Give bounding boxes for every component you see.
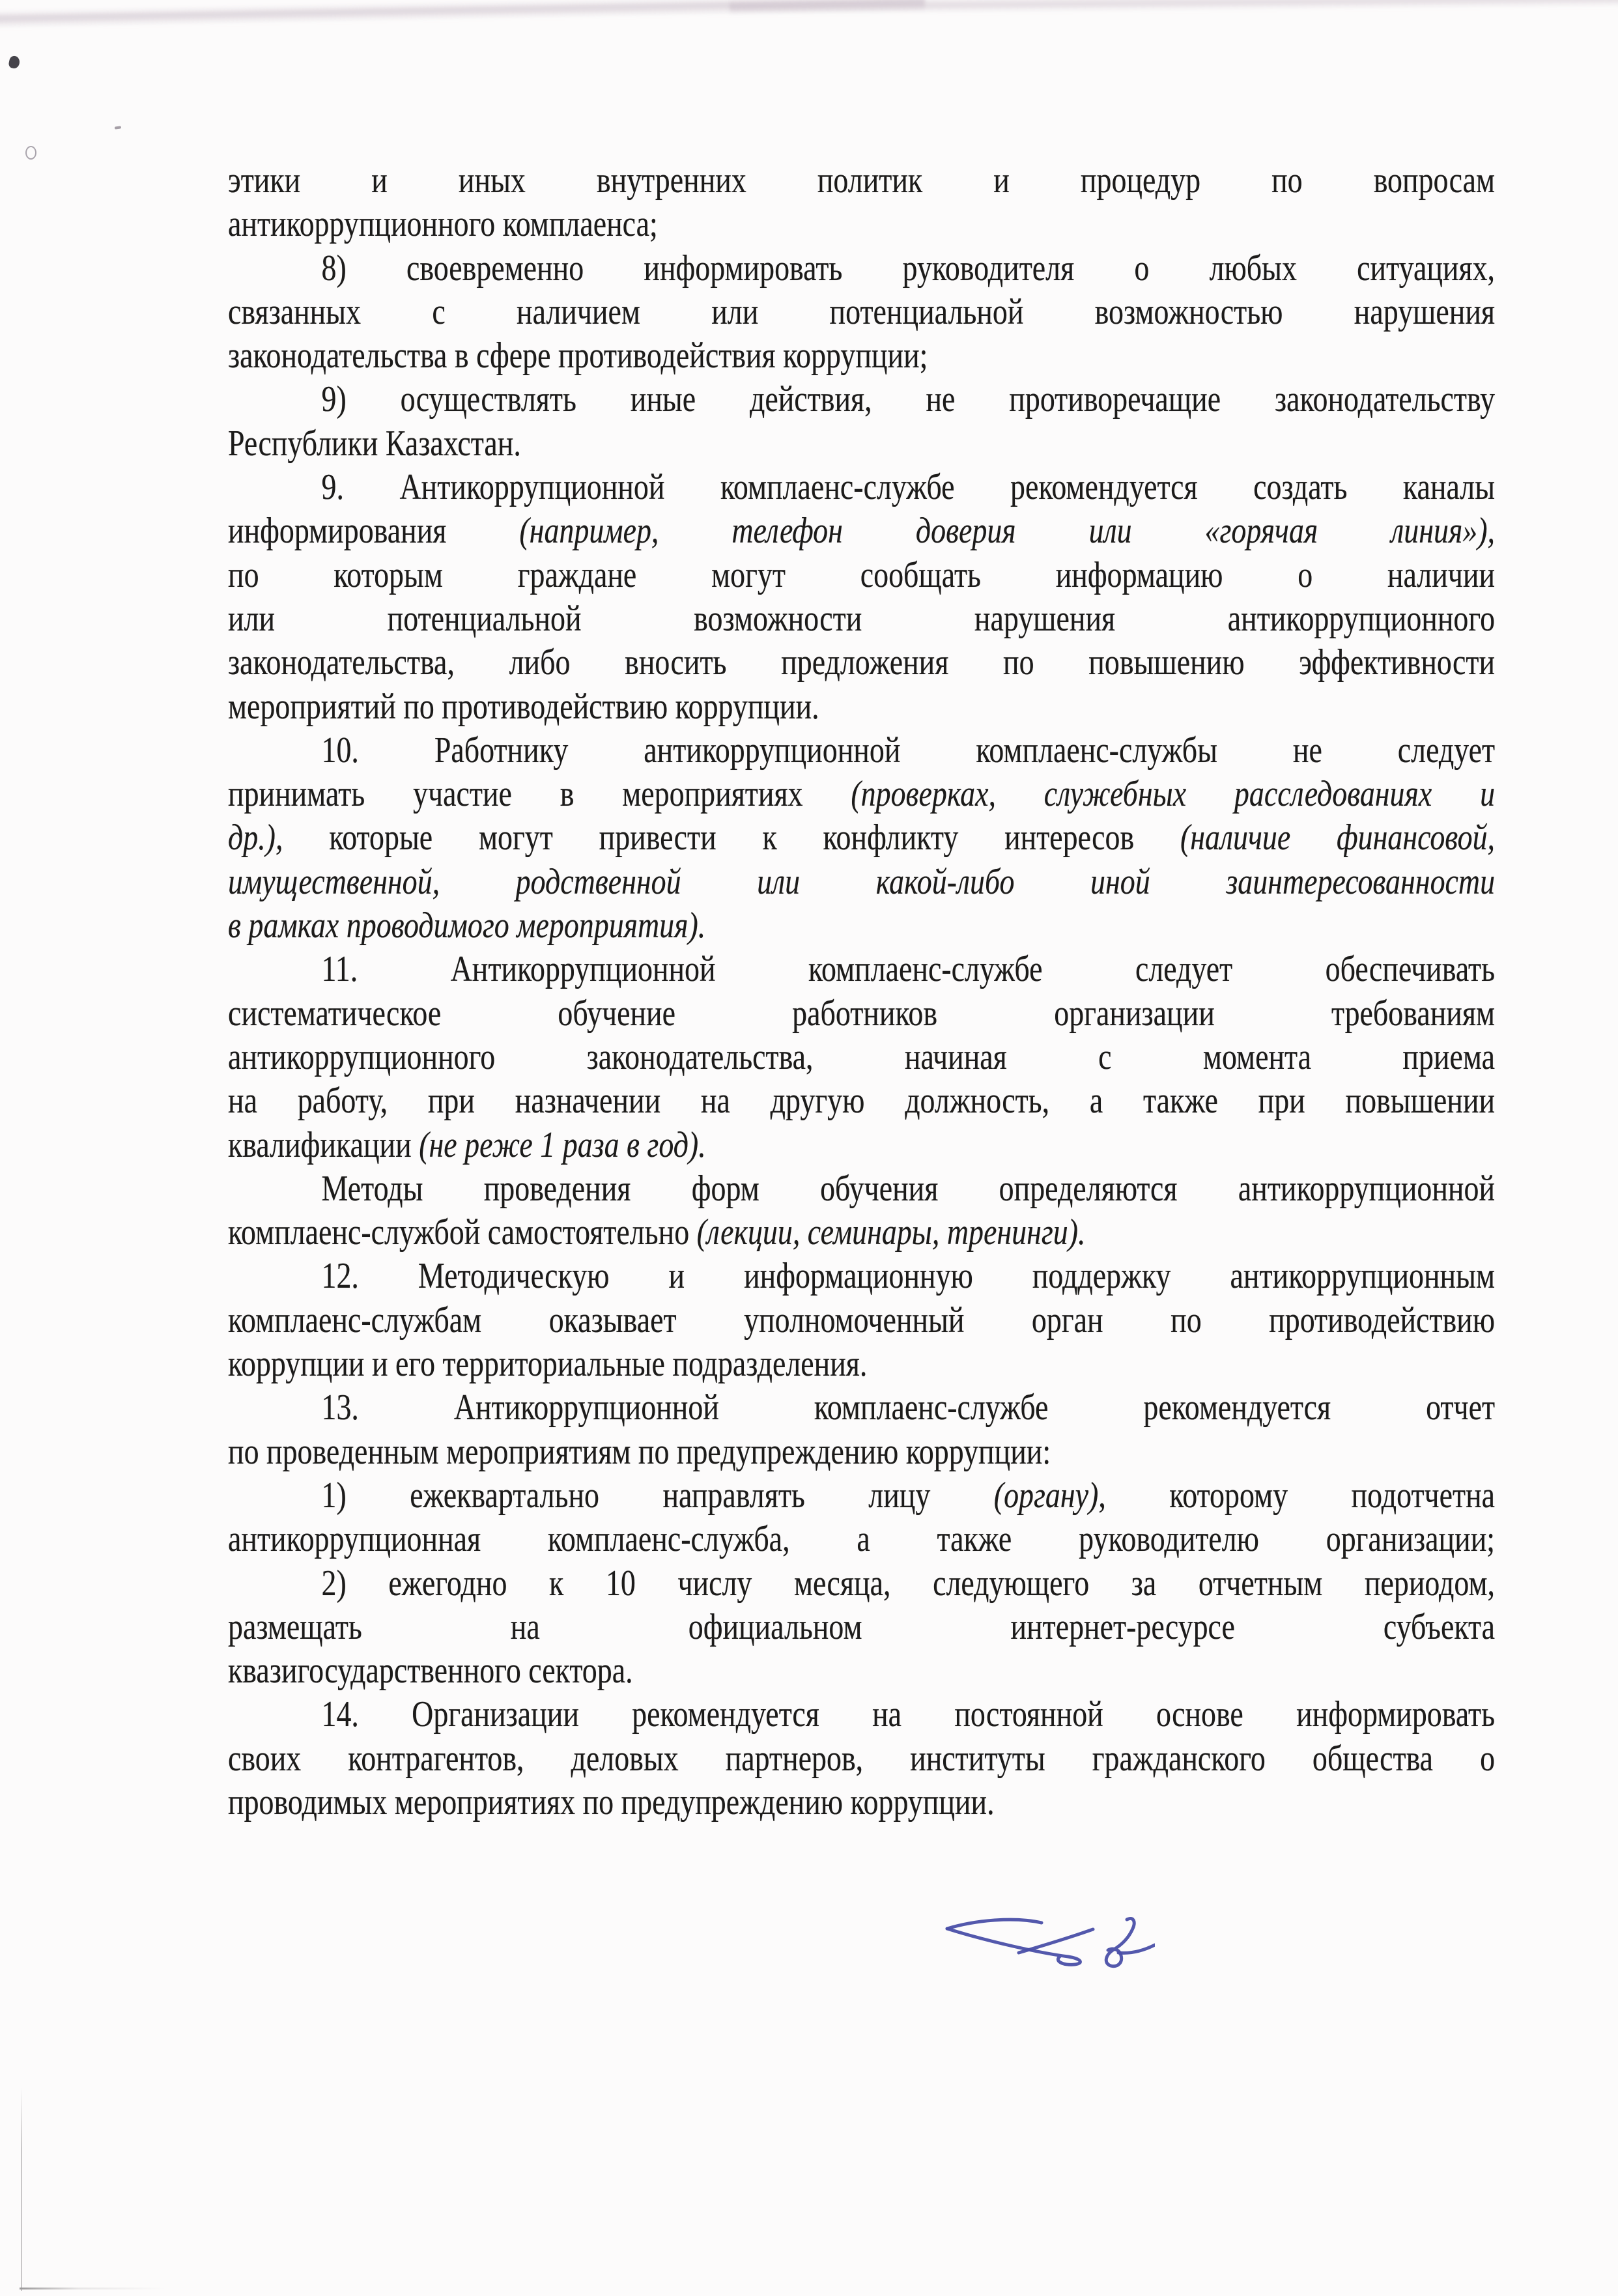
text-line: 11. Антикоррупционной комплаенс-службе с… <box>228 948 1495 991</box>
italic-text-segment: (проверках, служебных расследованиях и <box>851 774 1495 814</box>
paper-edge-horizontal-line <box>20 2288 166 2289</box>
signature-stroke <box>1106 1918 1134 1966</box>
text-line: размещать на официальном интернет-ресурс… <box>228 1606 1495 1649</box>
text-line: 13. Антикоррупционной комплаенс-службе р… <box>228 1386 1495 1430</box>
text-segment: мероприятий по противодействию коррупции… <box>228 687 819 727</box>
italic-text-segment: в рамках проводимого мероприятия). <box>228 905 705 946</box>
text-line: этики и иных внутренних политик и процед… <box>228 159 1495 203</box>
text-line: своих контрагентов, деловых партнеров, и… <box>228 1737 1495 1781</box>
text-segment: законодательства в сфере противодействия… <box>228 335 928 376</box>
text-line: коррупции и его территориальные подразде… <box>228 1342 1495 1386</box>
text-line: 12. Методическую и информационную поддер… <box>228 1254 1495 1298</box>
italic-text-segment: (наличие финансовой, <box>1180 817 1495 858</box>
text-segment: 8) своевременно информировать руководите… <box>322 248 1496 289</box>
text-segment: законодательства, либо вносить предложен… <box>228 642 1495 683</box>
signature-stroke <box>1019 1929 1093 1953</box>
text-segment: Методы проведения форм обучения определя… <box>322 1169 1496 1209</box>
text-segment: комплаенс-службам оказывает уполномоченн… <box>228 1300 1495 1340</box>
scan-artifact-top-band <box>0 0 925 28</box>
text-segment: комплаенс-службой самостоятельно <box>228 1212 697 1253</box>
text-line: Республики Казахстан. <box>228 422 1495 466</box>
scan-speck-dash <box>115 126 121 129</box>
italic-text-segment: др.), <box>228 817 283 858</box>
text-segment: размещать на официальном интернет-ресурс… <box>228 1607 1495 1647</box>
text-segment: 13. Антикоррупционной комплаенс-службе р… <box>322 1387 1496 1428</box>
text-segment: антикоррупционная комплаенс-служба, а та… <box>228 1519 1495 1559</box>
scanned-document-page: этики и иных внутренних политик и процед… <box>0 0 1618 2296</box>
text-segment: 14. Организации рекомендуется на постоян… <box>322 1694 1496 1735</box>
text-line: комплаенс-службой самостоятельно (лекции… <box>228 1211 1495 1254</box>
text-segment: принимать участие в мероприятиях <box>228 774 851 814</box>
scan-speck-ring <box>25 146 36 160</box>
text-segment: коррупции и его территориальные подразде… <box>228 1344 867 1384</box>
text-line: 2) ежегодно к 10 числу месяца, следующег… <box>228 1562 1495 1606</box>
signature-stroke <box>1118 1945 1155 1953</box>
text-line: 9) осуществлять иные действия, не против… <box>228 378 1495 421</box>
text-segment: квалификации <box>228 1125 419 1165</box>
text-segment: 12. Методическую и информационную поддер… <box>322 1256 1496 1296</box>
text-segment: 2) ежегодно к 10 числу месяца, следующег… <box>322 1563 1496 1604</box>
text-line: 10. Работнику антикоррупционной комплаен… <box>228 729 1495 772</box>
italic-text-segment: имущественной, родственной или какой-либ… <box>228 862 1495 902</box>
text-line: имущественной, родственной или какой-либ… <box>228 860 1495 904</box>
text-line: законодательства в сфере противодействия… <box>228 334 1495 378</box>
text-segment: связанных с наличием или потенциальной в… <box>228 292 1495 332</box>
text-segment: Республики Казахстан. <box>228 423 521 464</box>
text-line: информирования (например, телефон довери… <box>228 509 1495 553</box>
text-line: квалификации (не реже 1 раза в год). <box>228 1124 1495 1167</box>
paper-edge-vertical-line <box>21 2088 22 2291</box>
text-line: по проведенным мероприятиям по предупреж… <box>228 1430 1495 1474</box>
text-line: Методы проведения форм обучения определя… <box>228 1167 1495 1211</box>
text-segment: , которому подотчетна <box>1098 1475 1495 1516</box>
text-segment: антикоррупционного комплаенса; <box>228 204 658 244</box>
text-segment: проводимых мероприятиях по предупреждени… <box>228 1782 995 1822</box>
text-segment: или потенциальной возможности нарушения … <box>228 599 1495 639</box>
text-segment: информирования <box>228 511 519 551</box>
text-segment: этики и иных внутренних политик и процед… <box>228 160 1495 201</box>
text-line: 1) ежеквартально направлять лицу (органу… <box>228 1474 1495 1518</box>
text-segment: 9. Антикоррупционной комплаенс-службе ре… <box>322 467 1496 507</box>
signature-stroke <box>947 1929 1080 1964</box>
italic-text-segment: (например, телефон доверия или «горячая … <box>519 511 1495 551</box>
text-segment: по которым граждане могут сообщать инфор… <box>228 555 1495 595</box>
italic-text-segment: (не реже 1 раза в год). <box>419 1125 706 1165</box>
text-line: антикоррупционного законодательства, нач… <box>228 1036 1495 1079</box>
text-segment: 10. Работнику антикоррупционной комплаен… <box>322 730 1496 771</box>
text-segment: которые могут привести к конфликту интер… <box>283 817 1180 858</box>
text-segment: по проведенным мероприятиям по предупреж… <box>228 1432 1051 1472</box>
text-line: квазигосударственного сектора. <box>228 1649 1495 1693</box>
text-segment: 9) осуществлять иные действия, не против… <box>322 379 1496 419</box>
scan-speck-dark <box>8 55 21 70</box>
italic-text-segment: (органу) <box>994 1475 1099 1516</box>
text-segment: квазигосударственного сектора. <box>228 1651 633 1691</box>
text-line: 8) своевременно информировать руководите… <box>228 247 1495 291</box>
signature-stroke <box>947 1920 1042 1929</box>
text-line: проводимых мероприятиях по предупреждени… <box>228 1781 1495 1824</box>
text-line: принимать участие в мероприятиях (провер… <box>228 772 1495 816</box>
text-line: связанных с наличием или потенциальной в… <box>228 291 1495 334</box>
italic-text-segment: (лекции, семинары, тренинги). <box>697 1212 1086 1253</box>
text-line: 14. Организации рекомендуется на постоян… <box>228 1693 1495 1736</box>
text-line: систематическое обучение работников орга… <box>228 992 1495 1036</box>
text-line: др.), которые могут привести к конфликту… <box>228 816 1495 860</box>
text-line: на работу, при назначении на другую долж… <box>228 1079 1495 1123</box>
text-line: или потенциальной возможности нарушения … <box>228 597 1495 641</box>
text-line: по которым граждане могут сообщать инфор… <box>228 554 1495 597</box>
text-line: антикоррупционная комплаенс-служба, а та… <box>228 1518 1495 1561</box>
text-line: законодательства, либо вносить предложен… <box>228 641 1495 685</box>
text-segment: 11. Антикоррупционной комплаенс-службе с… <box>322 949 1496 989</box>
scan-artifact-top-band <box>730 0 1618 15</box>
text-segment: своих контрагентов, деловых партнеров, и… <box>228 1738 1495 1779</box>
text-segment: 1) ежеквартально направлять лицу <box>322 1475 994 1516</box>
text-line: антикоррупционного комплаенса; <box>228 203 1495 246</box>
signature-ink <box>943 1916 1155 1969</box>
text-line: 9. Антикоррупционной комплаенс-службе ре… <box>228 466 1495 509</box>
document-text: этики и иных внутренних политик и процед… <box>228 159 1495 1824</box>
text-line: комплаенс-службам оказывает уполномоченн… <box>228 1299 1495 1342</box>
text-line: в рамках проводимого мероприятия). <box>228 904 1495 948</box>
text-segment: систематическое обучение работников орга… <box>228 993 1495 1034</box>
text-segment: антикоррупционного законодательства, нач… <box>228 1037 1495 1077</box>
text-line: мероприятий по противодействию коррупции… <box>228 685 1495 729</box>
text-segment: на работу, при назначении на другую долж… <box>228 1081 1495 1121</box>
